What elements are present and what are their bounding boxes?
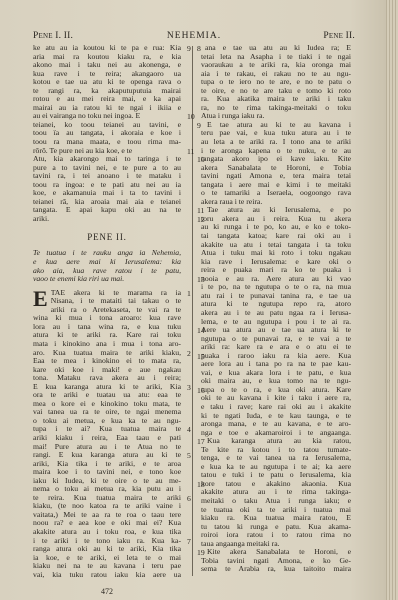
text-line: TAE akera ki te marama ra ia xyxy=(51,289,181,298)
text-line: tupa i te ai? Kua tuatua maira te xyxy=(33,425,181,434)
text-line: kia rave i Ierusalema: e kare oki o xyxy=(201,258,351,267)
text-line: tenga, e te vai tanea ua ra Ierusalema, xyxy=(201,454,351,463)
book-page: Pene I. II. NEHEMIA. Pene II. ke atu au … xyxy=(0,0,388,600)
verse-number: 11 xyxy=(187,147,194,156)
text-line: au ki runga i te po, ko au, e ko e toko- xyxy=(201,223,351,232)
text-line: aro. Kua tuatua maira te ariki kiaku, xyxy=(33,349,181,358)
column-divider xyxy=(192,46,193,576)
text-line: atu rai i te punavai tanina ra, e tae ua xyxy=(201,292,351,301)
text-line: o toku ai metua, e kua ka te au ngu- xyxy=(33,417,181,426)
text-line: e kua ka te au ngutupa i te ai; ka aere xyxy=(201,463,351,472)
text-line: atura ki te ngutupa repo ra, atoro xyxy=(201,300,351,309)
text-line: e kua aere mai ki Ierusalema: kia xyxy=(33,258,181,267)
text-line: i te aronga kapena o te nuku, e te au xyxy=(201,147,351,156)
text-line: akera Sanabalata te Horoni, e Tobia xyxy=(201,164,351,173)
text-line: ariki. xyxy=(33,215,181,224)
text-line: kiaku, (te noo katoa ra te ariki vaine i xyxy=(33,502,181,511)
text-line: noou ra? e aea koe e oki mai ei? Kua xyxy=(33,519,181,528)
text-line: tupa o te o ra, e kua oki atura. Kare xyxy=(201,386,351,395)
text-line: puaka i raroo iaku ra kia aere. Kua xyxy=(201,352,351,361)
text-line: ariki ra o Aretekaseta, te vai ra te xyxy=(51,306,181,315)
verse-number: 19 xyxy=(197,548,205,557)
text-line: tavini ra, i tei anoano i te mataku i xyxy=(33,172,181,181)
text-line: te reira. Kua tuatua maira te ariki xyxy=(33,494,181,503)
text-line: akono mai i taku nei au akonenga, e xyxy=(33,61,181,70)
text-line: pure a to tavini nei, e te pure a to au xyxy=(33,164,181,173)
text-line: ke atu au ia koutou ki te pa e rua: Kia xyxy=(33,44,181,53)
text-line: kua rave i te reira; akangaoro ua xyxy=(33,70,181,79)
text-line: akakite atura au i te rima takinga- xyxy=(201,488,351,497)
text-line: ora te ariki e tuatau ua atu: eaa te xyxy=(33,391,181,400)
page-number: 472 xyxy=(33,587,181,596)
text-line: ngutupa o te punavai ra, e te vai a te xyxy=(201,335,351,344)
text-line: vai, e kua akara lora i te patu, e kua xyxy=(201,369,351,378)
text-line: tu tatou ki runga e patu. Kua akama- xyxy=(201,523,351,532)
text-line: atura ki te ariki ra. Kare rai toku xyxy=(33,331,181,340)
verse-number: 4 xyxy=(187,425,191,434)
text-line: toou ïa au tangata, i akoraia e koe i xyxy=(33,129,181,138)
verse-number: 14 xyxy=(197,326,205,335)
text-line: vaitata,) Mei te aa ra te roa o taau ter… xyxy=(33,511,181,520)
text-line: toou ra ingoa: e te pati atu nei au ia xyxy=(33,181,181,190)
running-header: Pene I. II. NEHEMIA. Pene II. xyxy=(33,31,355,43)
text-line: rotou e au mei reira mai, e ka apai xyxy=(33,95,181,104)
right-column: ana e tae ua atu au ki Iudea ra; Etetai … xyxy=(201,44,351,574)
text-line: teru pae vai, e kua tuku atura au i te xyxy=(201,129,351,138)
text-line: te tuatua oki ta te ariki i tuatua mai xyxy=(201,506,351,515)
text-line: Kua karanga atura au kia ratou, xyxy=(201,437,351,446)
text-line: oki te au kavana i kite i taku i aere ra… xyxy=(201,394,351,403)
verse-number: 16 xyxy=(197,386,205,395)
text-line: vai tanea ua ra te oire, te ngai menema xyxy=(33,408,181,417)
text-line: ra, no te rima takinga-meitaki o toku xyxy=(201,104,351,113)
text-line: e taku i rave; kare rai oki au i akakite xyxy=(201,403,351,412)
text-line: wina ki mua i tona aroaro: kua rave xyxy=(33,314,181,323)
text-line: vaoraukau a te ariki ra, kia oronga mai xyxy=(201,61,351,70)
text-line: Atua i runga iaku ra. xyxy=(201,112,351,121)
text-line: Aere ua atura au e tae ua atura ki te xyxy=(201,326,351,335)
text-line: ki te ngati Iuda, e te kau taunga, e te xyxy=(201,412,351,421)
text-line: akera au i te au patu ngaa ra i Ierusa- xyxy=(201,309,351,318)
text-line: te rangi ra, ka akaputuputuia mairai xyxy=(33,87,181,96)
left-column-body-text: ETAE akera ki te marama ra iaNisana, i t… xyxy=(33,289,181,580)
verse-number: 10 xyxy=(187,112,195,121)
verse-number: 7 xyxy=(187,537,191,546)
text-line: Kite akera Sanabalata te Horoni, e xyxy=(201,548,351,557)
text-line: tai tangata katoa; kare rai oki au i xyxy=(201,232,351,241)
text-line: tangata i aere mai e kimi i te meitaki xyxy=(201,181,351,190)
verse-number: 8 xyxy=(197,44,201,53)
text-line: koe, e akamanuia mai i ta to tavini i xyxy=(33,189,181,198)
text-line: kiaku nei na te au kavana i teru pae xyxy=(33,562,181,571)
text-line: mata i kinokino ana i mua i tona aro- xyxy=(33,340,181,349)
text-line: roiroi iora ratou i to ratou rima no xyxy=(201,531,351,540)
text-line: teianei, ko toou teianei au tavini, e xyxy=(33,121,181,130)
text-line: Tae atura au ki Ierusalema, e po xyxy=(201,206,351,215)
text-line: taua angaanga meitaki ra. xyxy=(201,540,351,549)
text-line: sema te Arabia ra, kua taitoito maira xyxy=(201,565,351,574)
text-line: aere lora au i tana po ra na te pae kau- xyxy=(201,360,351,369)
text-line: tatou e tuki i te patu o Ierusalema, kia xyxy=(201,471,351,480)
verse-number: 3 xyxy=(187,383,191,392)
text-line: Te tuatua i te rauku anga ia Nehemia, xyxy=(33,249,181,258)
text-line: ariki kiaku i reira, Eaa taau e pati xyxy=(33,434,181,443)
text-line: nga e toe e akamaroiroi i te angaanga. xyxy=(201,429,351,438)
verse-number: 18 xyxy=(197,480,205,489)
verse-number: 15 xyxy=(197,352,205,361)
text-line: tangata. E apai kapu oki au na te xyxy=(33,206,181,215)
text-line: lema, e te au ngutupa i pou i te ai ra. xyxy=(201,318,351,327)
text-line: ariki, Kia tika i te ariki, e te aroa xyxy=(33,460,181,469)
text-line: tetai leta na Asapha i te tiaki i te nga… xyxy=(201,53,351,62)
text-line: te oire, e no te are taku e tomo ki roto xyxy=(201,87,351,96)
text-line: rōrō. Te pure nei au kia koe, e te xyxy=(33,147,181,156)
text-line: tupa o te iero no te are, e no te patu o xyxy=(201,78,351,87)
chapter-summary: Te tuatua i te rauku anga ia Nehemia,e k… xyxy=(33,249,181,283)
text-line: mai! Pure atura au i te Atua no te xyxy=(33,443,181,452)
text-line: teianei rā, kia aroaia mai aia e teianei xyxy=(33,198,181,207)
header-chapter-right: Pene II. xyxy=(323,31,355,41)
text-line: akera raua i te reira. xyxy=(201,198,351,207)
text-line: tavini ngati Amona e, tera maira tetai xyxy=(201,172,351,181)
verse-number: 10 xyxy=(197,155,205,164)
chapter-title: PENE II. xyxy=(33,233,181,243)
text-line: Nisana, i te mataiti tai takau o te xyxy=(51,297,181,306)
text-line: reira e puaka mari ra ko te puaka i xyxy=(201,266,351,275)
header-book-title: NEHEMIA. xyxy=(33,31,355,41)
text-line: nooia e au ra. Aere atura au ki vao xyxy=(201,275,351,284)
text-line: toou ra mana maata, e toou rima ma- xyxy=(33,138,181,147)
text-line: ariki ra: kare ra e ara e o atu ei te xyxy=(201,343,351,352)
text-line: oki maira au, e kua tomo na te ngu- xyxy=(201,377,351,386)
text-line: i te ariki i te tono iaku ra. Kua ka- xyxy=(33,537,181,546)
text-line: Atua i tuku mai ki roto i toku ngakau xyxy=(201,249,351,258)
text-line: i te po, na te ngutupa o te o ra, na mua xyxy=(201,283,351,292)
text-line: kiaku ra. Kua tuatua maira ratou, E xyxy=(201,514,351,523)
text-line: aria mai ra koutou kiaku ra, e kia xyxy=(33,53,181,62)
text-line: nema o toku ai metua ra, kia putu au i xyxy=(33,485,181,494)
verse-number: 1 xyxy=(187,289,191,298)
text-line: au ei vairanga no toku nei ingoa. E xyxy=(33,112,181,121)
text-line: tangata akoro ipo ei kave iaku. Kite xyxy=(201,155,351,164)
text-line: ako aia, kua rave ratou i te patu, xyxy=(33,267,181,276)
right-column-text: ana e tae ua atu au ki Iudea ra; Etetai … xyxy=(201,44,351,574)
text-line: ia koe, e te ariki, ei leta te o mai xyxy=(33,554,181,563)
text-line: akakite ua atu i tetai tangata i ta toku xyxy=(201,241,351,250)
text-line: vaoo te enemi kia riri ua mai. xyxy=(33,275,181,284)
text-line: maira koe i to tavini nei, e tono koe xyxy=(33,468,181,477)
text-line: meitaki o taku Atua i runga iaku; e xyxy=(201,497,351,506)
text-line: akakite atura au i toku roa, e kua tika xyxy=(33,528,181,537)
verse-number: 17 xyxy=(197,437,205,446)
page-edge xyxy=(386,0,398,600)
text-line: vai, kia tuku ratou iaku kia aere ua xyxy=(33,571,181,580)
text-line: E kua karanga atura ki te ariki, Kia xyxy=(33,383,181,392)
text-line: kare oki koe i maki! e aue ngakau xyxy=(33,366,181,375)
text-line: kotou e tae ua atu ki te openga rava o xyxy=(33,78,181,87)
text-line: Tobia tavini ngati Amona, e ko Ge- xyxy=(201,557,351,566)
text-line: rangi. E kua karanga atura au ki te xyxy=(33,451,181,460)
text-line: kore tatou e akakino akaonia. Kua xyxy=(201,480,351,489)
text-line: Atu, kia akarongo mai to taringa i te xyxy=(33,155,181,164)
text-line: Te kite ra kotou i to tatou tumate- xyxy=(201,446,351,455)
verse-number: 9 xyxy=(187,44,191,53)
text-line: aia i te rakau, ei rakau no te au ngu- xyxy=(201,70,351,79)
text-line: tona. Mataku rava akera au i reira; xyxy=(33,374,181,383)
verse-number: 13 xyxy=(197,275,205,284)
text-line: iaku ki Iudea, ki te oire o te au me- xyxy=(33,477,181,486)
text-line: lora au i tana wina ra, e kua tuku xyxy=(33,323,181,332)
left-column-top-text: ke atu au ia koutou ki te pa e rua: Kiaa… xyxy=(33,44,181,223)
verse-number: 12 xyxy=(197,215,205,224)
verse-number: 2 xyxy=(187,349,191,358)
text-line: E tae atura au ki te au kavana i xyxy=(201,121,351,130)
text-line: ra. Kua akatika maira te ariki i taku xyxy=(201,95,351,104)
text-line: au leta a te ariki ra. I tono ana te ari… xyxy=(201,138,351,147)
text-line: aronga mana, e te au kavana, e te aro- xyxy=(201,420,351,429)
text-line: mea o kore ei e kinokino toku mata, te xyxy=(33,400,181,409)
text-line: toru akera au i reira. Kua tu akera xyxy=(201,215,351,224)
text-line: Eaa te mea i kinokino ei to mata ra, xyxy=(33,357,181,366)
verse-number: 9 xyxy=(197,121,201,130)
text-line: o te tamariki a Iseraela, oogoongo rava xyxy=(201,189,351,198)
text-line: ana e tae ua atu au ki Iudea ra; E xyxy=(201,44,351,53)
text-line: ranga atura oki au ki te ariki, Kia tika xyxy=(33,545,181,554)
verse-number: 6 xyxy=(187,494,191,503)
text-line: mairai au ia ratou ki te ngai i ikiia e xyxy=(33,104,181,113)
drop-cap: E xyxy=(33,290,48,308)
verse-number: 5 xyxy=(187,451,191,460)
left-column: ke atu au ia koutou ki te pa e rua: Kiaa… xyxy=(33,44,181,579)
